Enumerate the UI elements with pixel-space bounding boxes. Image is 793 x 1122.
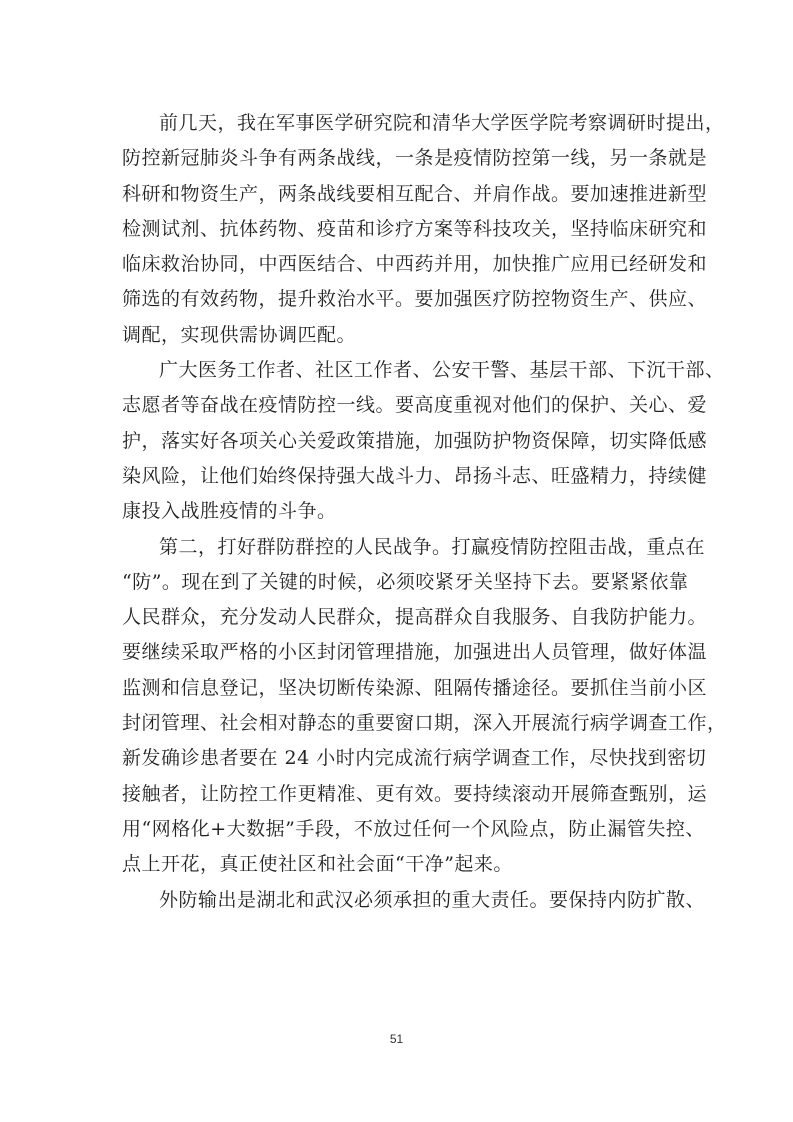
text-line: 封闭管理、社会相对静态的重要窗口期，深入开展流行病学调查工作， bbox=[122, 706, 674, 741]
text-line: 用“网格化+大数据”手段，不放过任何一个风险点，防止漏管失控、 bbox=[122, 812, 674, 847]
text-line: 外防输出是湖北和武汉必须承担的重大责任。要保持内防扩散、 bbox=[122, 883, 674, 918]
text-line: 临床救治协同，中西医结合、中西药并用，加快推广应用已经研发和 bbox=[122, 247, 674, 282]
document-page: 前几天，我在军事医学研究院和清华大学医学院考察调研时提出， 防控新冠肺炎斗争有两… bbox=[0, 0, 793, 1122]
text-line: 人民群众，充分发动人民群众，提高群众自我服务、自我防护能力。 bbox=[122, 600, 674, 635]
page-number: 51 bbox=[0, 1032, 793, 1046]
text-line: 第二，打好群防群控的人民战争。打赢疫情防控阻击战，重点在 bbox=[122, 530, 674, 565]
paragraph: 广大医务工作者、社区工作者、公安干警、基层干部、下沉干部、 志愿者等奋战在疫情防… bbox=[122, 353, 674, 529]
text-line: 康投入战胜疫情的斗争。 bbox=[122, 494, 674, 529]
paragraph: 外防输出是湖北和武汉必须承担的重大责任。要保持内防扩散、 bbox=[122, 883, 674, 918]
text-line: 前几天，我在军事医学研究院和清华大学医学院考察调研时提出， bbox=[122, 106, 674, 141]
text-line: 新发确诊患者要在 24 小时内完成流行病学调查工作，尽快找到密切 bbox=[122, 741, 674, 776]
text-line: 监测和信息登记，坚决切断传染源、阻隔传播途径。要抓住当前小区 bbox=[122, 671, 674, 706]
text-line: 护，落实好各项关心关爱政策措施，加强防护物资保障，切实降低感 bbox=[122, 424, 674, 459]
text-line: 广大医务工作者、社区工作者、公安干警、基层干部、下沉干部、 bbox=[122, 353, 674, 388]
text-line: 志愿者等奋战在疫情防控一线。要高度重视对他们的保护、关心、爱 bbox=[122, 388, 674, 423]
text-line: 要继续采取严格的小区封闭管理措施，加强进出人员管理，做好体温 bbox=[122, 635, 674, 670]
text-line: 点上开花，真正使社区和社会面“干净”起来。 bbox=[122, 847, 674, 882]
text-line: 科研和物资生产，两条战线要相互配合、并肩作战。要加速推进新型 bbox=[122, 177, 674, 212]
text-line: 调配，实现供需协调匹配。 bbox=[122, 318, 674, 353]
text-line: 染风险，让他们始终保持强大战斗力、昂扬斗志、旺盛精力，持续健 bbox=[122, 459, 674, 494]
paragraph: 第二，打好群防群控的人民战争。打赢疫情防控阻击战，重点在 “防”。现在到了关键的… bbox=[122, 530, 674, 883]
text-line: “防”。现在到了关键的时候，必须咬紧牙关坚持下去。要紧紧依靠 bbox=[122, 565, 674, 600]
text-line: 防控新冠肺炎斗争有两条战线，一条是疫情防控第一线，另一条就是 bbox=[122, 141, 674, 176]
text-line: 接触者，让防控工作更精准、更有效。要持续滚动开展筛查甄别，运 bbox=[122, 777, 674, 812]
body-text: 前几天，我在军事医学研究院和清华大学医学院考察调研时提出， 防控新冠肺炎斗争有两… bbox=[122, 106, 674, 918]
text-line: 筛选的有效药物，提升救治水平。要加强医疗防控物资生产、供应、 bbox=[122, 282, 674, 317]
text-line: 检测试剂、抗体药物、疫苗和诊疗方案等科技攻关，坚持临床研究和 bbox=[122, 212, 674, 247]
paragraph: 前几天，我在军事医学研究院和清华大学医学院考察调研时提出， 防控新冠肺炎斗争有两… bbox=[122, 106, 674, 353]
